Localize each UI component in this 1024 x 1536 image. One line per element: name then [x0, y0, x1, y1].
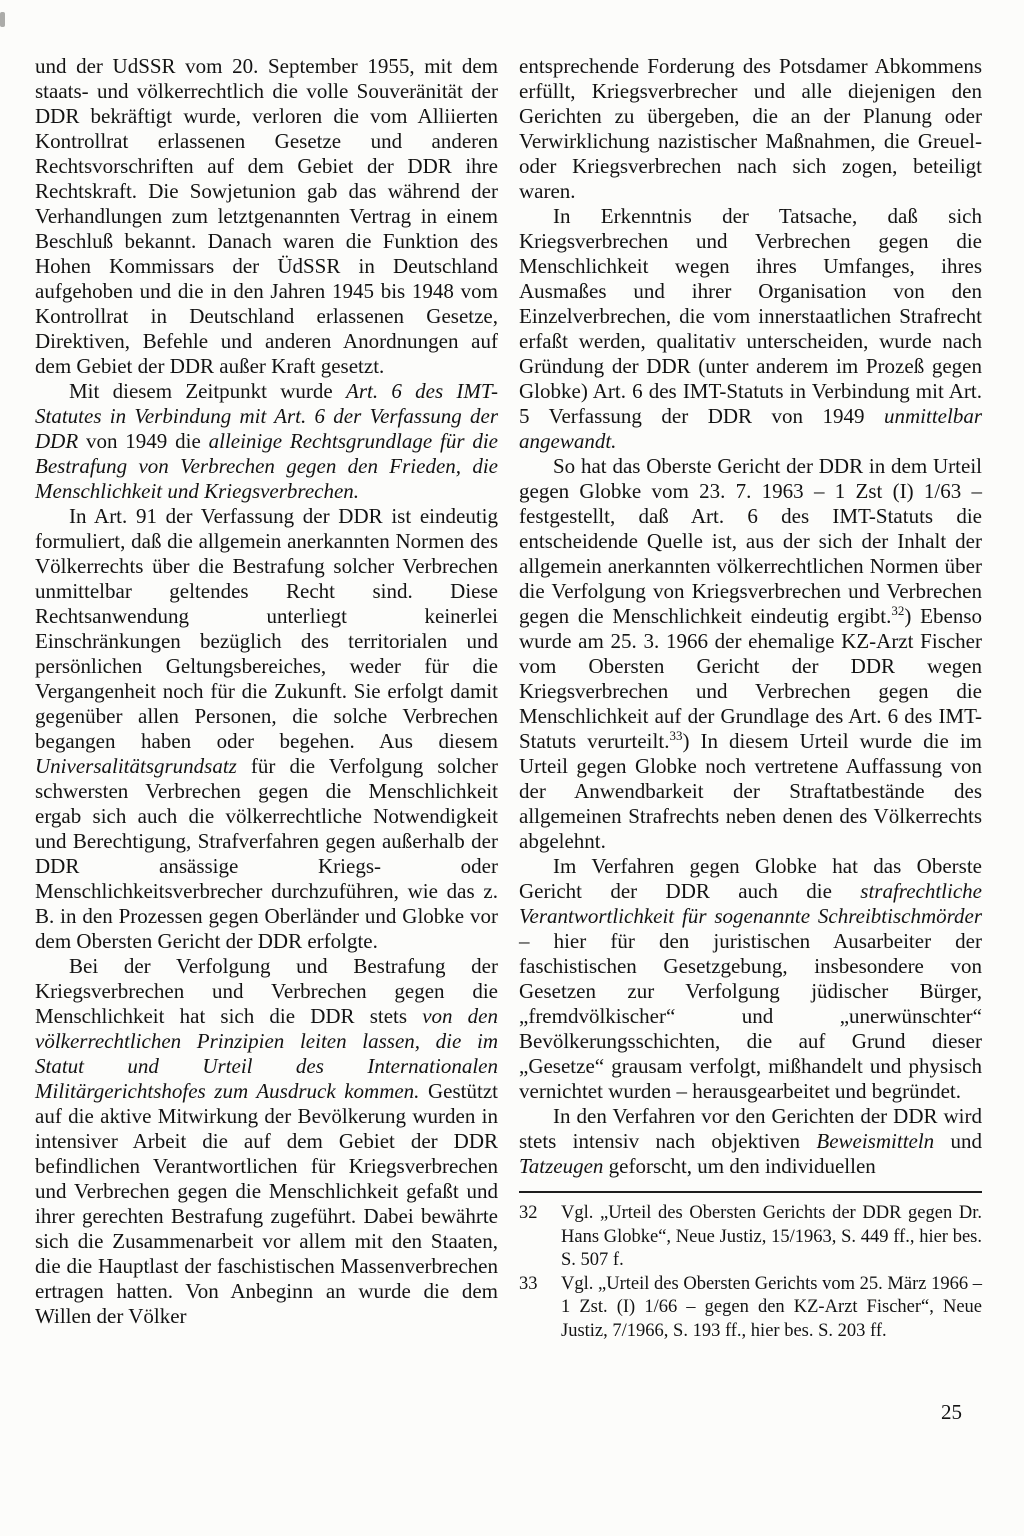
text-run: – hier für den juristischen Ausarbeiter … [519, 929, 982, 1103]
paragraph: Bei der Verfolgung und Bestrafung der Kr… [35, 954, 498, 1329]
text-run: und [934, 1129, 982, 1153]
text-columns: und der UdSSR vom 20. September 1955, mi… [35, 54, 982, 1343]
footnote-number: 32 [519, 1202, 561, 1273]
left-column: und der UdSSR vom 20. September 1955, mi… [35, 54, 498, 1343]
footnote-text: Vgl. „Urteil des Obersten Gerichts der D… [561, 1202, 982, 1273]
right-column: entsprechende Forderung des Potsdamer Ab… [519, 54, 982, 1343]
paragraph: Mit diesem Zeitpunkt wurde Art. 6 des IM… [35, 379, 498, 504]
text-run: Universalitätsgrundsatz [35, 754, 237, 778]
footnotes-section: 32Vgl. „Urteil des Obersten Gerichts der… [519, 1202, 982, 1343]
paragraph: So hat das Oberste Gericht der DDR in de… [519, 454, 982, 854]
footnote-ref: 33 [669, 728, 682, 743]
footnote-text: Vgl. „Urteil des Obersten Gerichts vom 2… [561, 1273, 982, 1344]
text-run: entsprechende Forderung des Potsdamer Ab… [519, 54, 982, 203]
scanned-book-page: und der UdSSR vom 20. September 1955, mi… [0, 0, 1024, 1536]
text-run: So hat das Oberste Gericht der DDR in de… [519, 454, 982, 628]
page-number: 25 [941, 1400, 962, 1425]
text-run: Mit diesem Zeitpunkt wurde [69, 379, 346, 403]
paragraph: und der UdSSR vom 20. September 1955, mi… [35, 54, 498, 379]
paragraph: In den Verfahren vor den Gerichten der D… [519, 1104, 982, 1179]
text-run: und der UdSSR vom 20. September 1955, mi… [35, 54, 498, 378]
footnote-item: 32Vgl. „Urteil des Obersten Gerichts der… [519, 1202, 982, 1273]
paragraph: In Art. 91 der Verfassung der DDR ist ei… [35, 504, 498, 954]
text-run: In Erkenntnis der Tatsache, daß sich Kri… [519, 204, 982, 428]
text-run: Beweismitteln [816, 1129, 934, 1153]
paragraph: In Erkenntnis der Tatsache, daß sich Kri… [519, 204, 982, 454]
text-run: von 1949 die [78, 429, 208, 453]
text-run: In Art. 91 der Verfassung der DDR ist ei… [35, 504, 498, 753]
text-run: Gestützt auf die aktive Mitwirkung der B… [35, 1079, 498, 1328]
text-run: geforscht, um den individuellen [603, 1154, 875, 1178]
paragraph: Im Verfahren gegen Globke hat das Oberst… [519, 854, 982, 1104]
scan-artifact [0, 12, 5, 27]
text-run: Tatzeugen [519, 1154, 603, 1178]
footnote-item: 33Vgl. „Urteil des Obersten Gerichts vom… [519, 1273, 982, 1344]
footnote-rule [519, 1191, 982, 1193]
footnote-number: 33 [519, 1273, 561, 1344]
paragraph: entsprechende Forderung des Potsdamer Ab… [519, 54, 982, 204]
text-run: für die Verfolgung solcher schwersten Ve… [35, 754, 498, 953]
footnote-ref: 32 [891, 603, 904, 618]
